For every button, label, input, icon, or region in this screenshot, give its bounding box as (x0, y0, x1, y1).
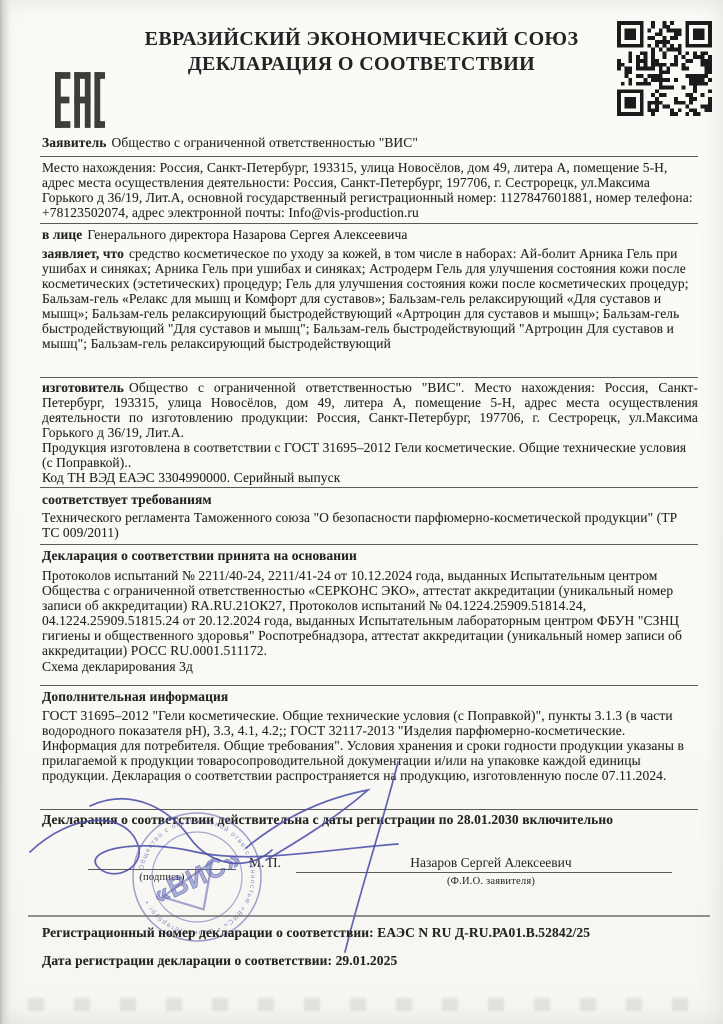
separator (40, 377, 698, 378)
declares-label: заявляет, что (42, 246, 124, 261)
signature-caption: (подпись) (88, 872, 236, 883)
product-standard-line: Продукция изготовлена в соответствии с Г… (42, 440, 698, 470)
stamp-place-label: М. П. (249, 855, 281, 871)
fio-caption: (Ф.И.О. заявителя) (310, 876, 672, 887)
applicant-value: Общество с ограниченной ответственностью… (112, 135, 419, 150)
additional-info-body: ГОСТ 31695–2012 "Гели косметические. Общ… (42, 708, 698, 783)
separator (40, 223, 698, 224)
basis-header: Декларация о соответствии принята на осн… (42, 548, 698, 563)
signature-line (88, 869, 236, 870)
complies-header: соответствует требованиям (42, 492, 698, 507)
registration-number-label: Регистрационный номер декларации о соотв… (42, 925, 374, 940)
registration-date-value: 29.01.2025 (336, 953, 398, 968)
qr-code (617, 21, 712, 116)
separator (40, 809, 698, 810)
applicant-label: Заявитель (42, 135, 107, 150)
declaration-document: ЕВРАЗИЙСКИЙ ЭКОНОМИЧЕСКИЙ СОЮЗ ДЕКЛАРАЦИ… (0, 0, 723, 1024)
applicant-fio: Назаров Сергей Алексеевич (310, 855, 672, 871)
complies-body: Технического регламента Таможенного союз… (42, 510, 698, 540)
manufacturer-label: изготовитель (42, 380, 124, 395)
validity-line: Декларация о соответствии действительна … (42, 812, 698, 827)
fio-line (296, 872, 672, 873)
registration-number-line: Регистрационный номер декларации о соотв… (42, 925, 698, 940)
manufacturer-value: Общество с ограниченной ответственностью… (42, 380, 698, 440)
scan-artifact (28, 998, 712, 1011)
applicant-address: Место нахождения: Россия, Санкт-Петербур… (42, 160, 698, 220)
declares-value: средство косметическое по уходу за кожей… (42, 246, 689, 351)
declares-paragraph: заявляет, чтосредство косметическое по у… (42, 246, 698, 351)
separator (40, 685, 698, 686)
document-title-declaration: ДЕКЛАРАЦИЯ О СООТВЕТСТВИИ (0, 52, 723, 76)
represented-by-value: Генерального директора Назарова Сергея А… (87, 227, 407, 242)
eac-logo-icon (55, 71, 105, 129)
separator (40, 156, 698, 157)
applicant-line: ЗаявительОбщество с ограниченной ответст… (42, 135, 698, 150)
document-title-union: ЕВРАЗИЙСКИЙ ЭКОНОМИЧЕСКИЙ СОЮЗ (0, 27, 723, 51)
represented-by-label: в лице (42, 227, 82, 242)
registration-date-label: Дата регистрации декларации о соответств… (42, 953, 332, 968)
separator-bottom (28, 915, 710, 917)
additional-info-header: Дополнительная информация (42, 689, 698, 704)
separator (40, 544, 698, 545)
tn-ved-line: Код ТН ВЭД ЕАЭС 3304990000. Серийный вып… (42, 470, 698, 485)
scan-edge (0, 0, 10, 1024)
separator (40, 487, 698, 488)
manufacturer-paragraph: изготовительОбщество с ограниченной отве… (42, 380, 698, 440)
declaration-scheme-line: Схема декларирования 3д (42, 659, 698, 674)
registration-number-value: ЕАЭС N RU Д-RU.РА01.В.52842/25 (377, 925, 590, 940)
basis-body: Протоколов испытаний № 2211/40-24, 2211/… (42, 568, 698, 658)
registration-date-line: Дата регистрации декларации о соответств… (42, 953, 698, 968)
represented-by-line: в лицеГенерального директора Назарова Се… (42, 227, 698, 242)
